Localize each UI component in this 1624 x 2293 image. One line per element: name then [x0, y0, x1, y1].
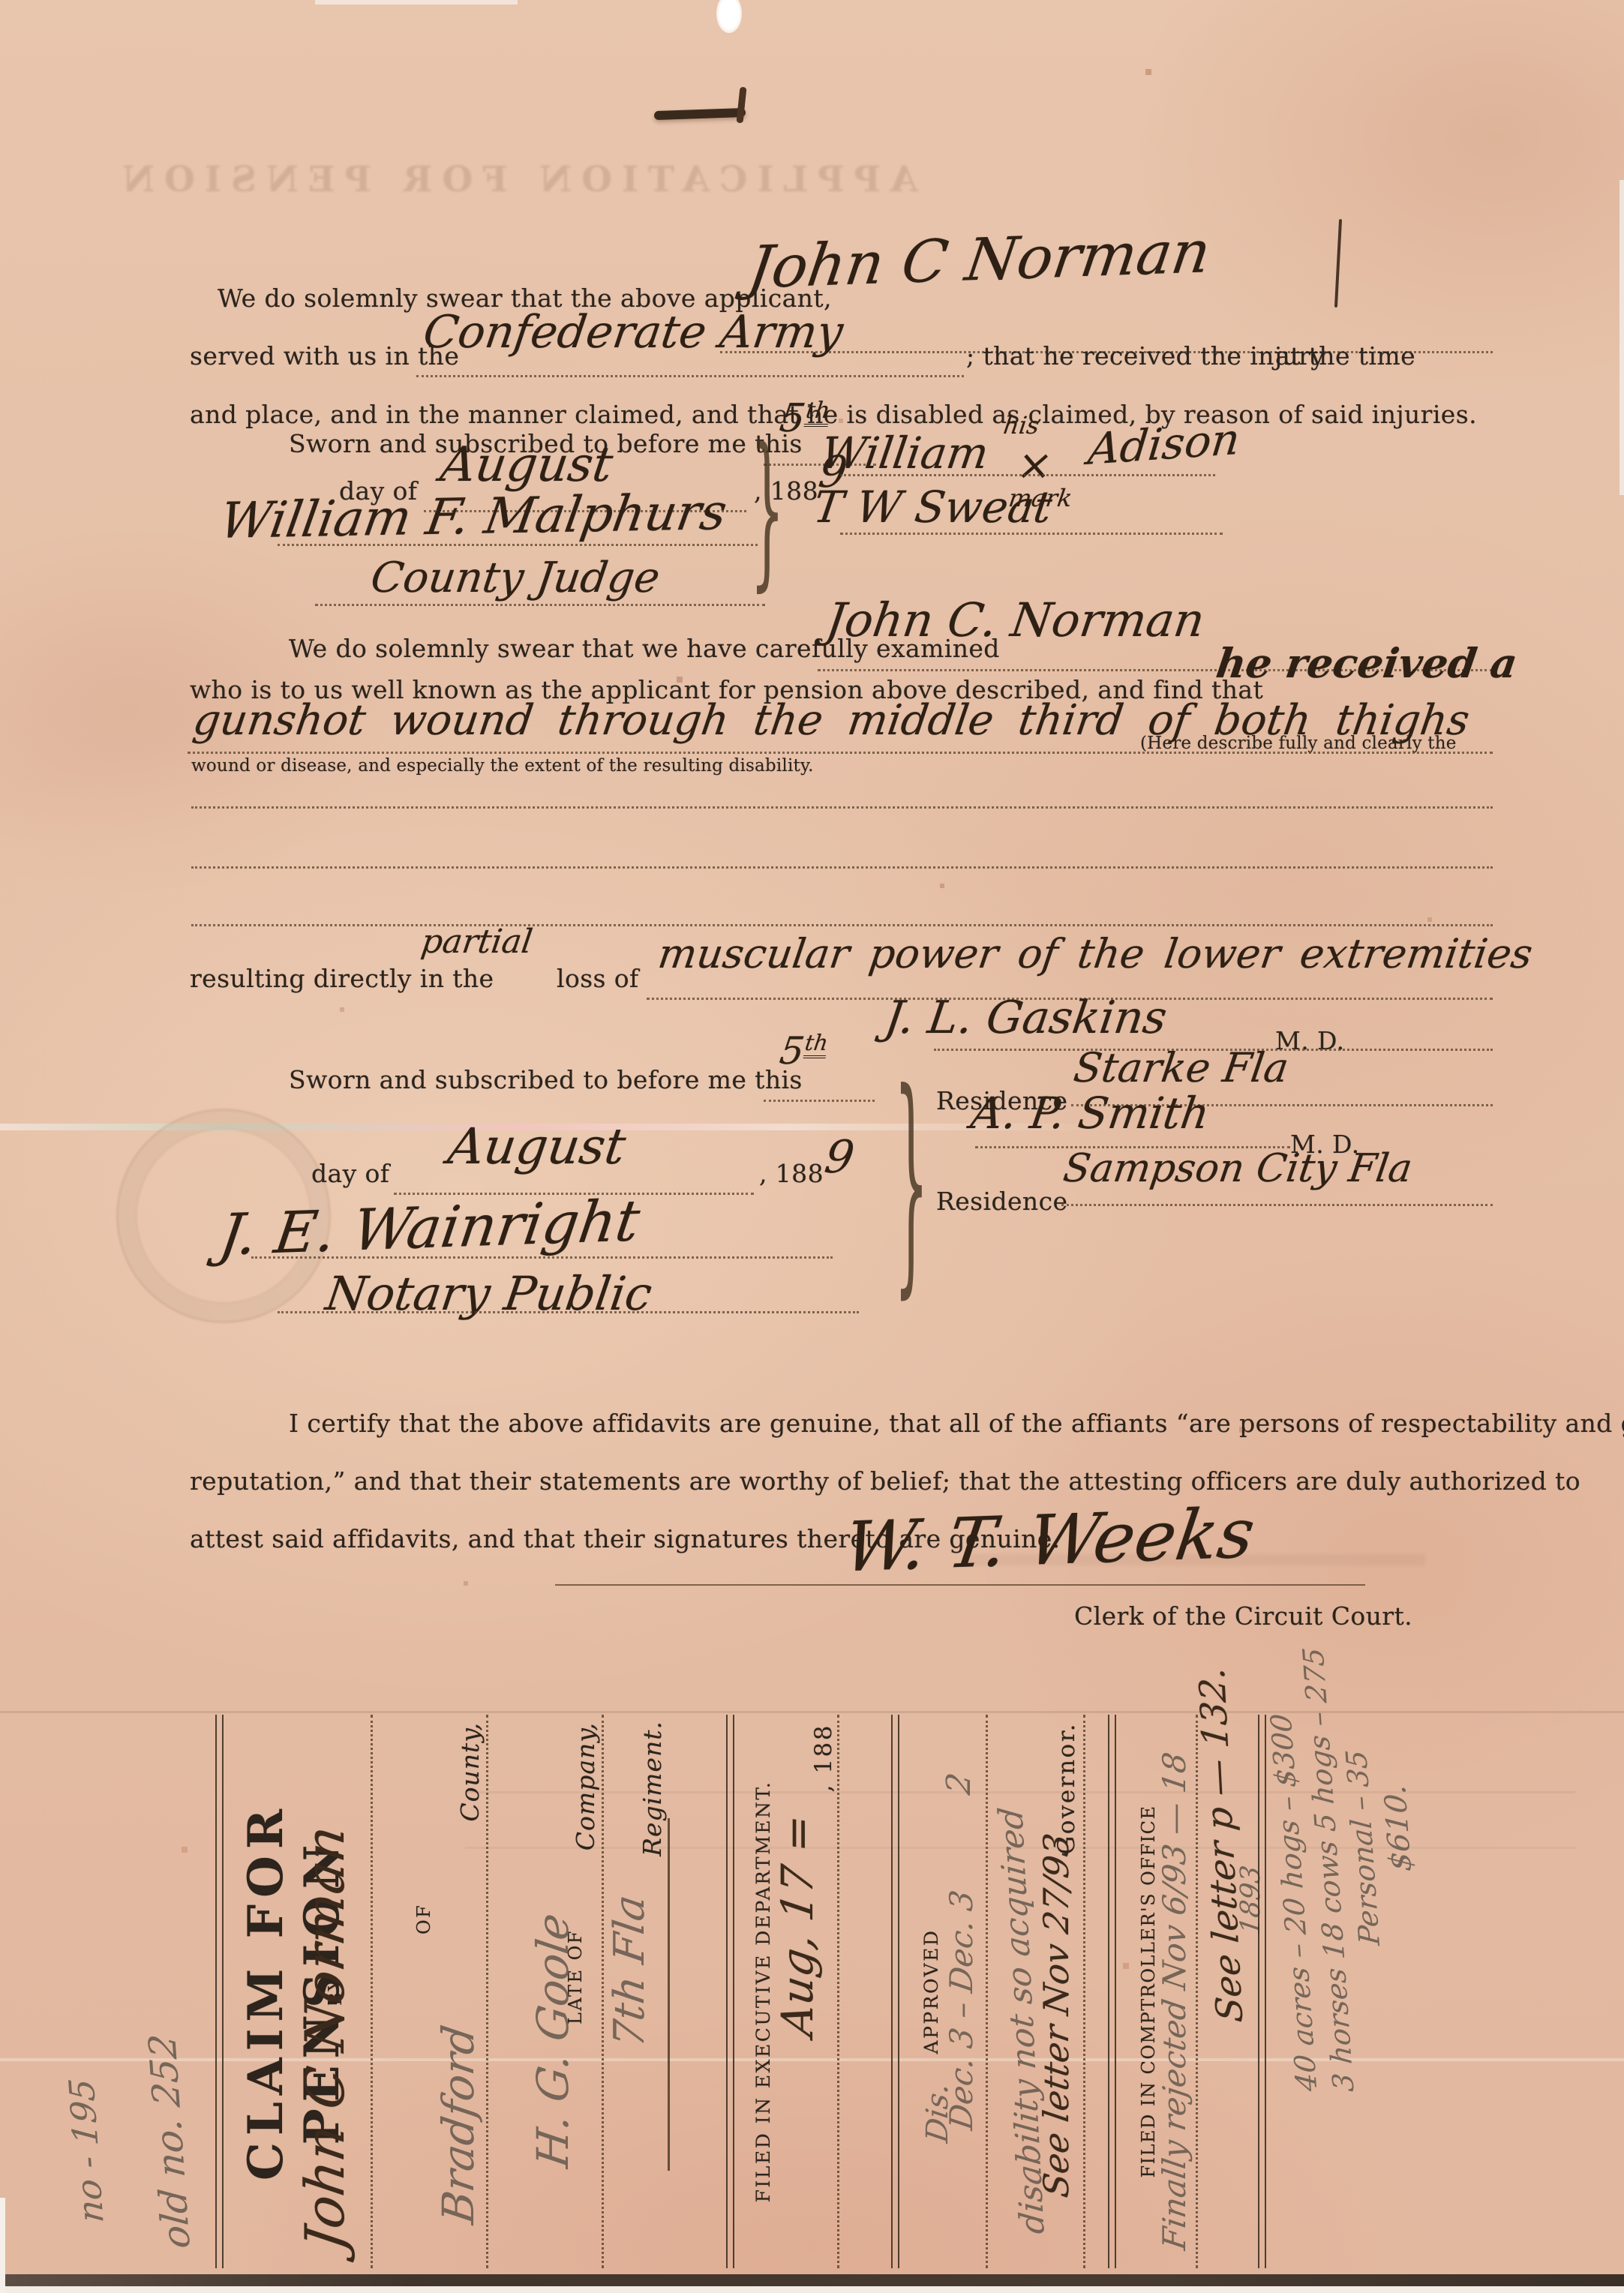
clerk-signature: W. T. Weeks [839, 1493, 1259, 1588]
dotted-rule [840, 474, 1215, 476]
docket-valuation-row: 3 horses 18 cows 5 hogs – 275 [1312, 1715, 1346, 2268]
month1-handwritten: August [437, 437, 617, 493]
inserted-word-partial: partial [419, 923, 535, 961]
applicant-name-handwritten: John C Norman [744, 218, 1214, 302]
scan-edge-white-left [0, 2198, 5, 2293]
scan-edge-white-top [315, 0, 518, 5]
valuation-line: Personal – 35 [1340, 1749, 1386, 1946]
witness1-last: Adison [1085, 413, 1242, 475]
sworn2-day-value: 5th [777, 1029, 830, 1073]
dotted-rule [315, 604, 765, 606]
physician1-signature: J. L. Gaskins [881, 992, 1170, 1044]
crease-line-fold [0, 1711, 1624, 1713]
regiment-handwritten: 7th Fla [605, 1892, 654, 2050]
approved-label: APPROVED [920, 1929, 942, 2054]
docket-pencil-old-number: old no. 252 [133, 1715, 215, 2268]
rejected-note-pencil: Finally rejected Nov 6/93 — 18 [1156, 1750, 1193, 2252]
served-in-handwritten: Confederate Army [420, 306, 846, 359]
clerk-title: Clerk of the Circuit Court. [1074, 1601, 1412, 1631]
docket-double-rule [726, 1715, 734, 2268]
affidavit1-line3: and place, and in the manner claimed, an… [190, 400, 1477, 429]
brace-glyph: } [894, 1041, 929, 1319]
exec-year-printed: , 188 [810, 1724, 837, 1792]
claim-number-pencil: no - 195 [61, 2077, 111, 2223]
physician2-signature: A. P. Smith [968, 1088, 1212, 1139]
describe-hint-left: wound or disease, and especially the ext… [191, 756, 814, 776]
dotted-rule [1061, 1204, 1493, 1206]
governor-note-handwritten: See letter Nov 27/93 [1036, 1831, 1076, 2200]
brace-glyph: } [750, 411, 785, 606]
approved-date-handwritten: Dec. 3 – Dec. 3 [943, 1888, 980, 2132]
docket-panel: no - 195 old no. 252 CLAIM FOR PENSION B… [49, 1715, 1440, 2268]
dayof2-label: day of [311, 1159, 389, 1188]
docket-regiment-row: 7th Fla Regiment. [604, 1715, 670, 2268]
finding-start-handwritten: he received a [1214, 639, 1520, 687]
witness2-signature: T W Sweat [810, 482, 1055, 533]
judge-signature: William F. Malphurs [216, 483, 731, 550]
docket-see-letter-row: See letter p — 132. [1200, 1715, 1244, 2268]
day-suffix: th [803, 1030, 830, 1058]
ghost-mirrored-title: APPLICATION FOR PENSION [113, 159, 917, 200]
docket-double-rule [1108, 1715, 1116, 2268]
witness1-first: William [818, 428, 992, 479]
dotted-rule [278, 1311, 859, 1313]
docket-double-rule [1258, 1715, 1266, 2268]
day-number: 5 [777, 1029, 807, 1073]
docket-governor-row: See letter Nov 27/93 Governor. [1049, 1715, 1085, 2268]
examined-name-handwritten: John C. Norman [823, 593, 1208, 647]
ink-smudge-mark [654, 108, 746, 120]
year2-printed: , 188 [759, 1159, 824, 1188]
valuation-total: $610. [1378, 1783, 1418, 1872]
claimant-name-handwritten: John C Norman [293, 1822, 356, 2254]
affidavit1-line2-prefix: served with us in the [190, 341, 459, 371]
loss-value-handwritten: muscular power of the lower extremities [656, 930, 1535, 977]
loss-of-label: loss of [557, 964, 639, 993]
month2-handwritten: August [445, 1118, 629, 1175]
docket-double-rule [215, 1715, 224, 2268]
day-suffix: th [804, 398, 832, 427]
exec-filed-date-handwritten: Aug, 17 = [772, 1811, 823, 2039]
dotted-rule [555, 1584, 1365, 1586]
docket-company-row: LATE OF H. G. Goole Company, [518, 1715, 604, 2268]
docket-double-rule [891, 1715, 899, 2268]
staple-hole [716, 0, 742, 33]
docket-valuation-row: Personal – 35 [1346, 1715, 1381, 2268]
pen-stray-mark [1334, 219, 1342, 308]
stain-speckles [0, 0, 2, 2]
certification-line1: I certify that the above affidavits are … [289, 1409, 1624, 1438]
scan-edge-white-right [1619, 180, 1624, 495]
docket-rejected-row: Finally rejected Nov 6/93 — 18 [1160, 1715, 1198, 2268]
scan-edge-dark-band [0, 2274, 1624, 2286]
company-label: Company, [571, 1722, 600, 1850]
docket-exec-date-row: Aug, 17 = , 188 [775, 1715, 839, 2268]
docket-by-row: BY John C Norman [299, 1715, 373, 2268]
county-handwritten: Bradford [433, 2022, 484, 2227]
judge-title-handwritten: County Judge [368, 554, 662, 602]
witness1-his: his [1001, 411, 1041, 440]
county-label: County, [455, 1722, 485, 1822]
exec-filed-label: FILED IN EXECUTIVE DEPARTMENT. [752, 1781, 774, 2203]
regiment-label: Regiment. [638, 1721, 667, 1856]
regiment-underline [668, 1818, 670, 2171]
governor-label: Governor. [1053, 1722, 1080, 1855]
docket-approved-date-row: Dec. 3 – Dec. 3 2 [949, 1715, 988, 2268]
of-label: OF [413, 1904, 434, 1934]
dotted-rule [191, 866, 1493, 869]
scan-edge-white-bottom [0, 2286, 1624, 2293]
dotted-rule [840, 533, 1223, 535]
company-handwritten: H. G. Goole [527, 1910, 578, 2171]
year2-digit: 9 [821, 1131, 857, 1184]
docket-title-row: CLAIM FOR PENSION [238, 1715, 299, 2268]
residence1-handwritten: Starke Fla [1071, 1044, 1292, 1091]
docket-county-row: Bradford County, [440, 1715, 488, 2268]
residence2-handwritten: Sampson City Fla [1061, 1146, 1415, 1191]
ink-smudge-tick [737, 87, 747, 124]
dotted-rule [191, 924, 1493, 926]
old-claim-number-pencil: old no. 252 [140, 2033, 199, 2249]
dotted-rule [278, 544, 758, 546]
dotted-rule [191, 806, 1493, 809]
sworn2-prefix: Sworn and subscribed to before me this [289, 1065, 803, 1094]
dotted-rule [188, 752, 1493, 754]
dotted-rule [764, 1100, 875, 1102]
docket-valuation-row: $610. [1381, 1715, 1415, 2268]
certification-line2: reputation,” and that their statements a… [190, 1466, 1580, 1496]
finding-main-handwritten: gunshot wound through the middle third o… [190, 696, 1472, 745]
docket-pencil-number: no - 195 [53, 1715, 131, 2268]
affidavit1-line2-tail: at the time [1275, 341, 1415, 371]
affidavit1-line2-suffix: ; that he received the injury [966, 341, 1325, 371]
pension-document-scan: APPLICATION FOR PENSION We do solemnly s… [0, 0, 1624, 2293]
dotted-rule [416, 375, 964, 377]
resulting-prefix: resulting directly in the [190, 964, 494, 993]
dotted-rule [251, 1256, 833, 1259]
residence2-label: Residence [936, 1187, 1067, 1216]
